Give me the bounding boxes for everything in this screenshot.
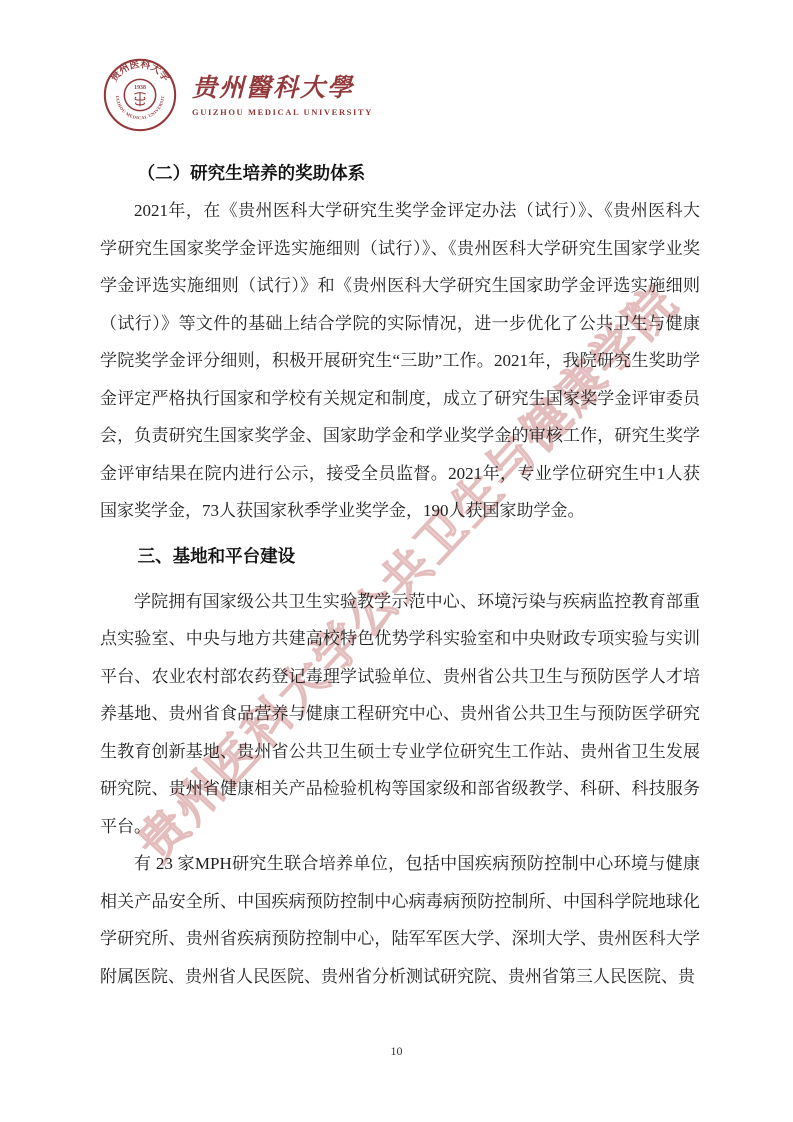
university-name-zh: 贵州醫科大學 [192, 74, 373, 104]
section3-paragraph-2: 有 23 家MPH研究生联合培养单位，包括中国疾病预防控制中心环境与健康相关产品… [100, 845, 700, 995]
document-page: 贵州医科大学公共卫生与健康学院 贵州医科大学 GUIZHOU MEDICAL U… [0, 0, 793, 1122]
document-content: （二）研究生培养的奖助体系 2021年，在《贵州医科大学研究生奖学金评定办法（试… [100, 160, 700, 995]
section3-paragraph-1: 学院拥有国家级公共卫生实验教学示范中心、环境污染与疾病监控教育部重点实验室、中央… [100, 583, 700, 846]
university-seal-icon: 贵州医科大学 GUIZHOU MEDICAL UNIVERSITY 1938 [102, 57, 178, 133]
logo-text-block: 贵州醫科大學 GUIZHOU MEDICAL UNIVERSITY [192, 74, 373, 117]
university-logo: 贵州医科大学 GUIZHOU MEDICAL UNIVERSITY 1938 贵… [0, 0, 793, 134]
page-number: 10 [0, 1044, 793, 1059]
seal-year-text: 1938 [134, 85, 146, 91]
university-name-en: GUIZHOU MEDICAL UNIVERSITY [192, 107, 373, 117]
section2-heading: （二）研究生培养的奖助体系 [100, 160, 700, 186]
caduceus-icon [134, 92, 145, 106]
section3-heading: 三、基地和平台建设 [100, 543, 700, 569]
section2-paragraph: 2021年，在《贵州医科大学研究生奖学金评定办法（试行）》、《贵州医科大学研究生… [100, 192, 700, 530]
